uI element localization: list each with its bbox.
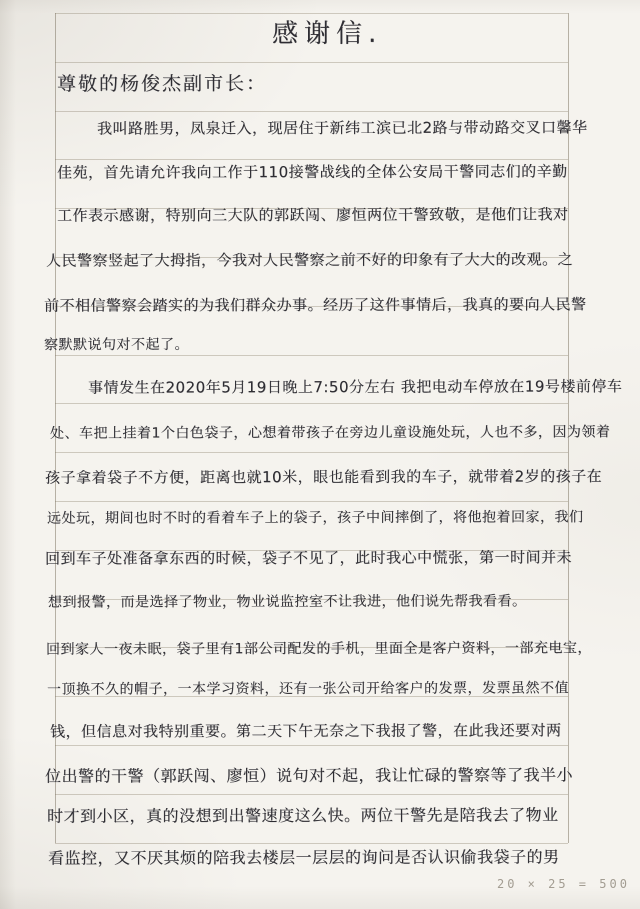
rule-line [55, 794, 568, 795]
paper-grid-capacity-label: 20 × 25 = 500 [497, 877, 630, 891]
letter-paper: 感谢信. 尊敬的杨俊杰副市长： 我叫路胜男，凤泉迁入，现居住于新纬工滨已北2路与… [0, 0, 640, 909]
handwritten-line: 位出警的干警（郭跃闯、廖恒）说句对不起，我让忙碌的警察等了我半小 [45, 763, 573, 788]
rule-line [55, 501, 568, 502]
handwritten-line: 工作表示感谢，特别向三大队的郭跃闯、廖恒两位干警致敬，是他们让我对 [57, 202, 569, 227]
rule-line [55, 452, 568, 453]
handwritten-line: 时才到小区，真的没想到出警速度这么快。两位干警先是陪我去了物业 [47, 803, 559, 828]
handwritten-line: 佳苑，首先请允许我向工作于110接警战线的全体公安局干警同志们的辛勤 [57, 159, 568, 184]
handwritten-line: 我叫路胜男，凤泉迁入，现居住于新纬工滨已北2路与带动路交叉口馨华 [97, 115, 588, 140]
handwritten-line: 人民警察竖起了大拇指，今我对人民警察之前不好的印象有了大大的改观。之 [46, 247, 573, 272]
handwritten-line: 回到车子处准备拿东西的时候，袋子不见了，此时我心中慌张，第一时间并未 [45, 545, 572, 570]
handwritten-line: 孩子拿着袋子不方便，距离也就10米，眼也能看到我的车子，就带着2岁的孩子在 [45, 464, 602, 489]
handwritten-line: 想到报警，而是选择了物业，物业说监控室不让我进，他们说先帮我看看。 [48, 589, 527, 614]
rule-line [55, 62, 568, 63]
handwritten-line: 钱，但信息对我特别重要。第二天下午无奈之下我报了警，在此我还要对两 [50, 718, 562, 743]
handwritten-line: 一顶换不久的帽子，一本学习资料，还有一张公司开给客户的发票，发票虽然不值 [47, 676, 569, 701]
handwritten-line: 前不相信警察会踏实的为我们群众办事。经历了这件事情后，我真的要向人民警 [44, 292, 587, 317]
handwritten-line: 回到家人一夜未眠，袋子里有1部公司配发的手机，里面全是客户资料，一部充电宝， [46, 636, 592, 661]
handwritten-line: 看监控，又不厌其烦的陪我去楼层一层层的询问是否认识偷我袋子的男 [48, 845, 560, 870]
rule-line [55, 403, 568, 404]
rule-line [55, 13, 568, 14]
handwritten-line: 远处玩，期间也时不时的看着车子上的袋子，孩子中间摔倒了，将他抱着回家，我们 [47, 505, 584, 530]
handwritten-line: 察默默说句对不起了。 [44, 333, 189, 357]
letter-title: 感谢信. [272, 22, 382, 46]
rule-line [55, 843, 568, 844]
rule-line [55, 745, 568, 746]
letter-salutation: 尊敬的杨俊杰副市长： [57, 72, 267, 97]
rule-line [55, 111, 568, 112]
handwritten-line: 处、车把上挂着1个白色袋子，心想着带孩子在旁边儿童设施处玩，人也不多，因为领着 [50, 420, 610, 445]
handwritten-line: 事情发生在2020年5月19日晚上7:50分左右 我把电动车停放在19号楼前停车 [88, 374, 622, 399]
